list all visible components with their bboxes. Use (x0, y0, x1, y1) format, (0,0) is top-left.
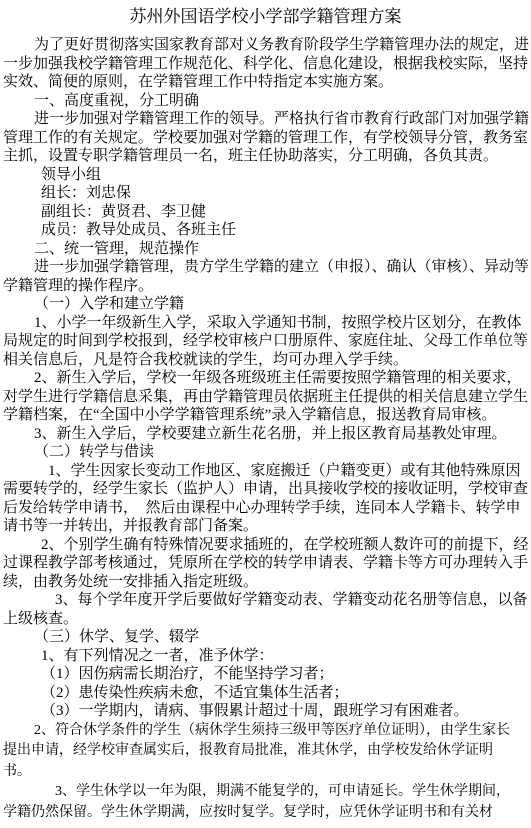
doc-line: 1、有下列情况之一者，准予休学： (0, 647, 531, 666)
doc-line: 副组长：黄贤君、李卫健 (0, 203, 531, 222)
doc-line: 3、每个学年度开学后要做好学籍变动表、学籍变动花名册等信息，以备 (0, 591, 531, 610)
doc-subsection-heading: （一）入学和建立学籍 (0, 295, 531, 314)
doc-line: 相关信息后，凡是符合我校就读的学生，均可办理入学手续。 (0, 351, 531, 370)
doc-line: 一步加强我校学籍管理工作规范化、科学化、信息化建设，根据我校实际，坚持 (0, 55, 531, 74)
doc-line: 2、新生入学后，学校一年级各班级班主任需要按照学籍管理的相关要求， (0, 369, 531, 388)
doc-line: 局规定的时间到学校报到，经学校审核户口册原件、家庭住址、父母工作单位等 (0, 332, 531, 351)
doc-line: 管理工作的有关规定。学校要加强对学籍的管理工作，有学校领导分管，教务室 (0, 129, 531, 148)
doc-list-item: （1）因伤病需长期治疗，不能坚持学习者； (0, 665, 531, 684)
doc-line: 组长：刘忠保 (0, 184, 531, 203)
doc-subsection-heading: （三）休学、复学、辍学 (0, 628, 531, 647)
doc-line: 进一步加强对学籍管理工作的领导。严格执行省市教育行政部门对加强学籍 (0, 110, 531, 129)
doc-list-item: （2）患传染性疾病未愈，不适宜集体生活者； (0, 684, 531, 703)
doc-line: 3、学生休学以一年为限，期满不能复学的，可申请延长。学生休学期间， (0, 782, 531, 803)
doc-line: 主抓，设置专职学籍管理员一名，班主任协助落实，分工明确，各负其责。 (0, 147, 531, 166)
doc-line: 2、符合休学条件的学生（病休学生须持三级甲等医疗单位证明），由学生家长 (0, 721, 531, 742)
doc-line: 后发给转学申请书， 然后由课程中心办理转学手续，连同本人学籍卡、转学申 (0, 499, 531, 518)
doc-section-heading: 二、统一管理，规范操作 (0, 240, 531, 259)
doc-list-item: （3）一学期内，请病、事假累计超过十周，跟班学习有困难者。 (0, 702, 531, 721)
doc-subsection-heading: （二）转学与借读 (0, 443, 531, 462)
doc-line: 学籍档案，在“全国中小学学籍管理系统”录入学籍信息，报送教育局审核。 (0, 406, 531, 425)
doc-line: 请书等一并转出，并报教育部门备案。 (0, 517, 531, 536)
doc-line: 学籍管理的操作程序。 (0, 277, 531, 296)
doc-line: 1、小学一年级新生入学，采取入学通知书制，按照学校片区划分，在教体 (0, 314, 531, 333)
doc-line: 成员：教导处成员、各班主任 (0, 221, 531, 240)
doc-line: 学籍仍然保留。学生休学期满，应按时复学。复学时，应凭休学证明书和有关材 (0, 803, 531, 824)
doc-line: 对学生进行学籍信息采集，再由学籍管理员依据班主任提供的相关信息建立学生 (0, 388, 531, 407)
document-page: 苏州外国语学校小学部学籍管理方案 为了更好贯彻落实国家教育部对义务教育阶段学生学… (0, 0, 531, 828)
document-title: 苏州外国语学校小学部学籍管理方案 (0, 0, 531, 28)
doc-line: 为了更好贯彻落实国家教育部对义务教育阶段学生学籍管理办法的规定，进 (0, 36, 531, 55)
doc-line: 1、学生因家长变动工作地区、家庭搬迁（户籍变更）或有其他特殊原因 (0, 462, 531, 481)
doc-line: 实效、简便的原则，在学籍管理工作中特指定本实施方案。 (0, 73, 531, 92)
doc-line: 续，由教务处统一安排插入指定班级。 (0, 573, 531, 592)
doc-line: 提出申请，经学校审查属实后，报教育局批准，准其休学，由学校发给休学证明 (0, 741, 531, 762)
doc-line: 进一步加强学籍管理，贵方学生学籍的建立（申报）、确认（审核）、异动等 (0, 258, 531, 277)
doc-line: 过课程教学部考核通过，凭原所在学校的转学申请表、学籍卡等方可办理转入手 (0, 554, 531, 573)
doc-section-heading: 一、高度重视，分工明确 (0, 92, 531, 111)
doc-line: 书。 (0, 762, 531, 783)
doc-line: 领导小组 (0, 166, 531, 185)
doc-line: 需要转学的，经学生家长（监护人）申请，出具接收学校的接收证明，学校审查 (0, 480, 531, 499)
doc-line: 3、新生入学后，学校要建立新生花名册，并上报区教育局基教处审理。 (0, 425, 531, 444)
doc-line: 上级核查。 (0, 610, 531, 629)
doc-line: 2、个别学生确有特殊情况要求插班的，在学校班额人数许可的前提下，经 (0, 536, 531, 555)
